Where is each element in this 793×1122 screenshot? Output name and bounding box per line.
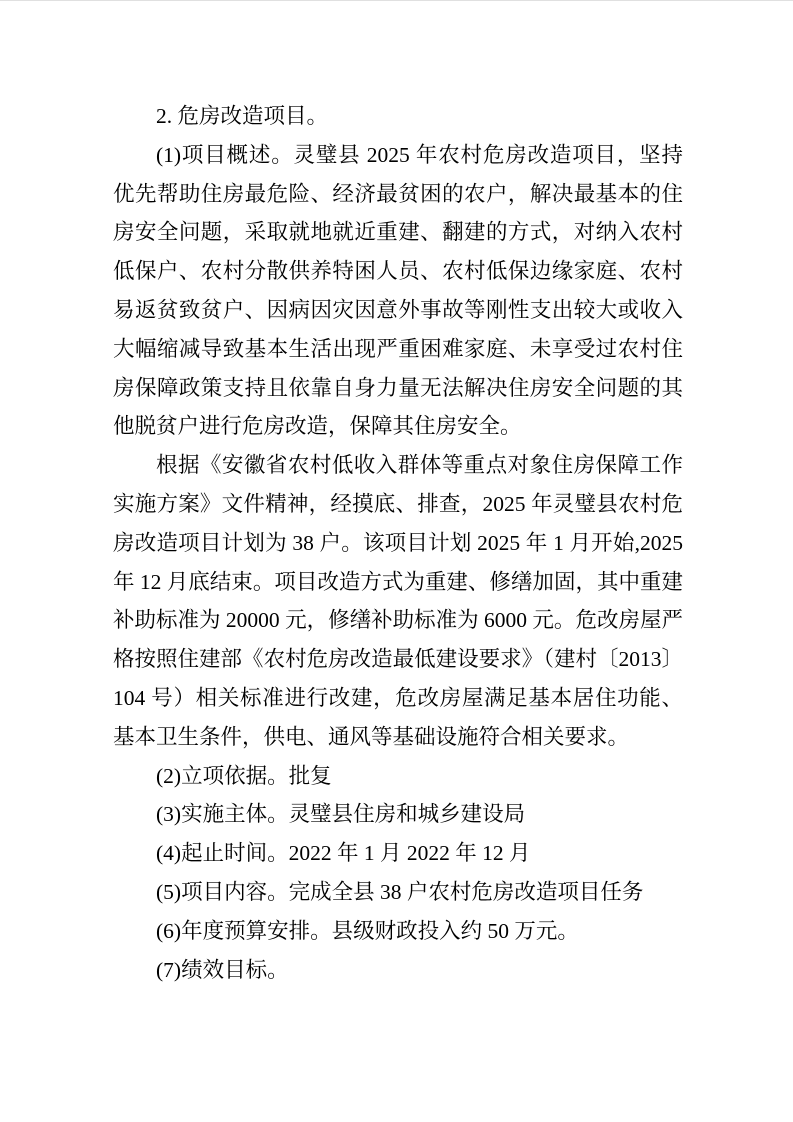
paragraph-project-overview: (1)项目概述。灵璧县 2025 年农村危房改造项目，坚持优先帮助住房最危险、经…	[113, 136, 683, 446]
paragraph-project-content: (5)项目内容。完成全县 38 户农村危房改造项目任务	[113, 873, 683, 912]
paragraph-project-plan: 根据《安徽省农村低收入群体等重点对象住房保障工作实施方案》文件精神，经摸底、排查…	[113, 446, 683, 756]
document-page: 2. 危房改造项目。 (1)项目概述。灵璧县 2025 年农村危房改造项目，坚持…	[0, 0, 793, 1122]
paragraph-implementing-body: (3)实施主体。灵璧县住房和城乡建设局	[113, 795, 683, 834]
document-body: 2. 危房改造项目。 (1)项目概述。灵璧县 2025 年农村危房改造项目，坚持…	[113, 97, 683, 989]
paragraph-performance-goal: (7)绩效目标。	[113, 951, 683, 990]
paragraph-time-span: (4)起止时间。2022 年 1 月 2022 年 12 月	[113, 834, 683, 873]
paragraph-approval-basis: (2)立项依据。批复	[113, 757, 683, 796]
section-heading: 2. 危房改造项目。	[113, 97, 683, 136]
paragraph-annual-budget: (6)年度预算安排。县级财政投入约 50 万元。	[113, 912, 683, 951]
